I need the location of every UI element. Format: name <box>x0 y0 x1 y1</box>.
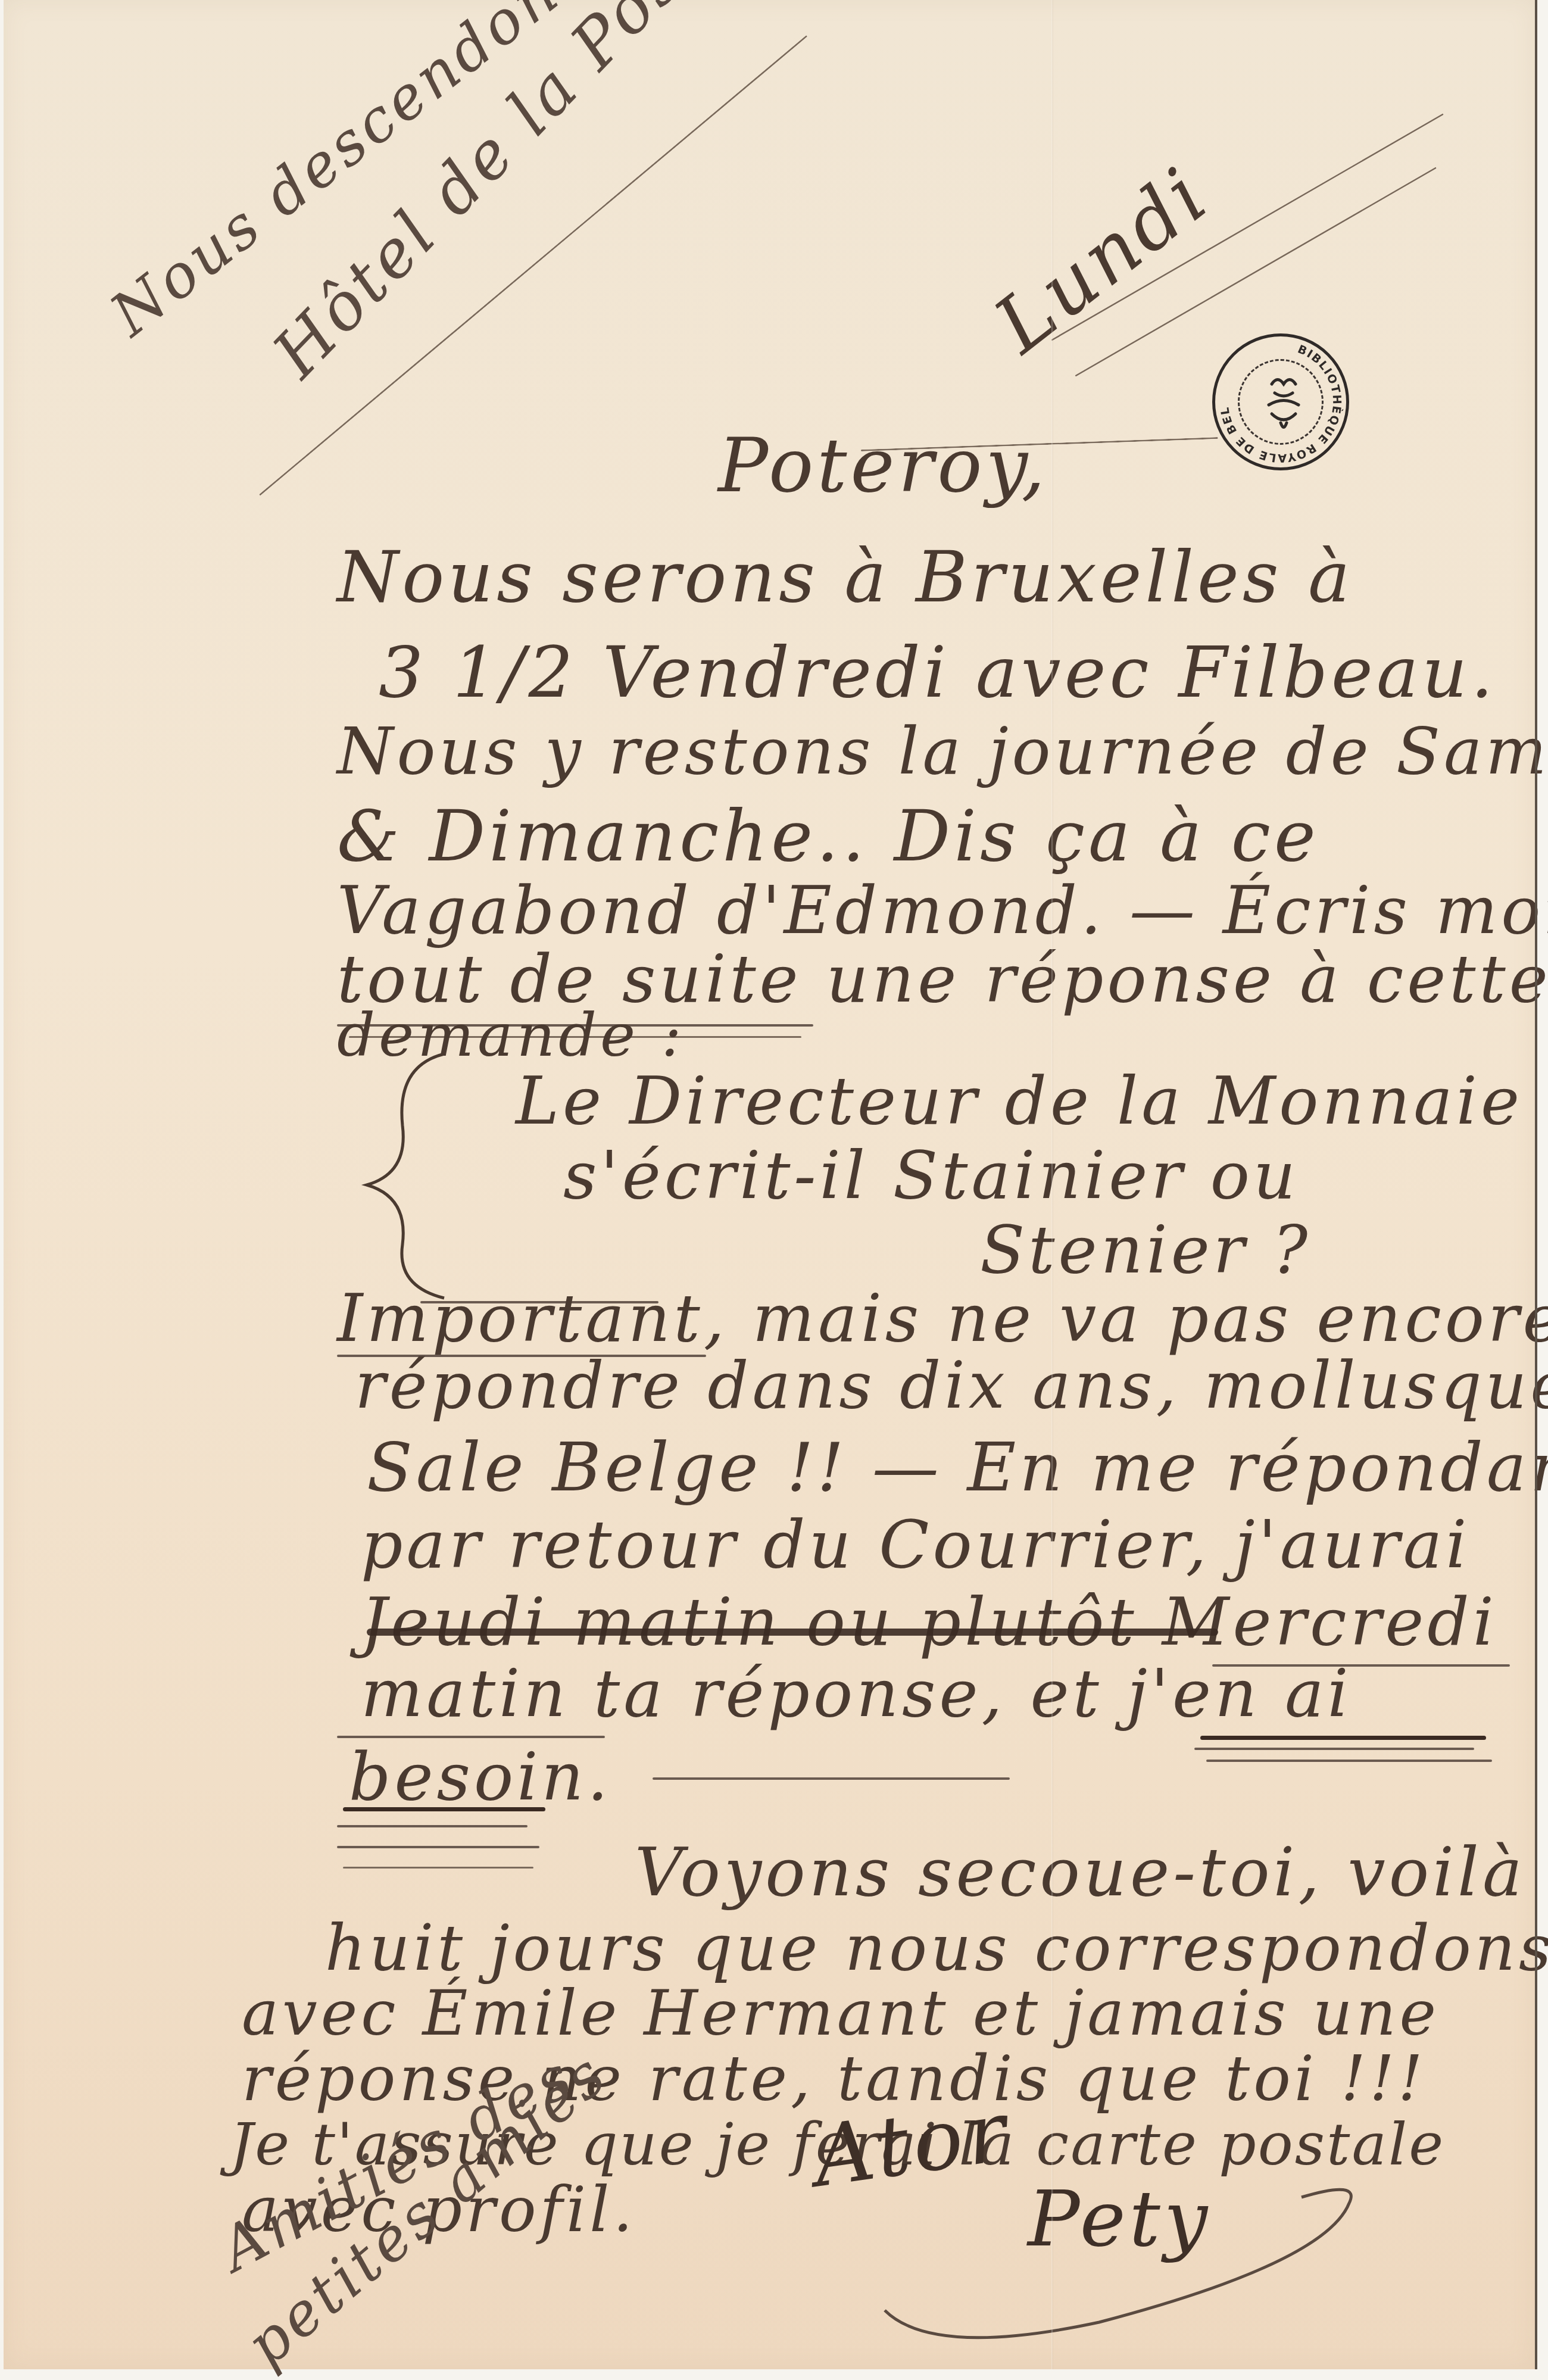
body-line-9: s'écrit-il Stainier ou <box>563 1137 1299 1214</box>
salutation: Poteroy, <box>718 423 1048 509</box>
body-line-3: Nous y restons la journée de Samedi <box>337 715 1548 789</box>
underline-jen-ai-1 <box>1200 1736 1486 1740</box>
body-line-12: répondre dans dix ans, mollusque ! <box>355 1349 1548 1423</box>
signature-flourish <box>861 2120 1456 2369</box>
body-line-18: Voyons secoue-toi, voilà <box>635 1834 1526 1911</box>
underline-besoin-3 <box>337 1846 539 1848</box>
body-line-15: Jeudi matin ou plutôt Mercredi <box>361 1584 1497 1660</box>
body-line-21: réponse ne rate, tandis que toi !!! <box>242 2042 1426 2115</box>
body-line-5: Vagabond d'Edmond. — Écris moi <box>337 872 1548 949</box>
body-line-13: Sale Belge !! — En me répondant <box>367 1429 1548 1506</box>
underline-jen-ai-3 <box>1206 1760 1492 1762</box>
lion-icon <box>1254 372 1313 438</box>
underline-besoin-4 <box>343 1867 533 1869</box>
body-line-20: avec Émile Hermant et jamais une <box>242 1977 1440 2050</box>
underline-besoin-2 <box>337 1825 528 1827</box>
body-line-11: Important, mais ne va pas encore <box>337 1280 1548 1356</box>
dash-after-besoin <box>653 1777 1010 1780</box>
scan-edge <box>1535 0 1537 2369</box>
body-line-17: besoin. <box>349 1739 611 1815</box>
curly-brace <box>337 1048 456 1304</box>
body-line-19: huit jours que nous correspondons <box>325 1911 1548 1985</box>
body-line-4: & Dimanche.. Dis ça à ce <box>337 795 1319 877</box>
body-line-2: 3 1/2 Vendredi avec Filbeau. <box>379 631 1497 713</box>
strikethrough-jeudi-matin <box>367 1629 1218 1636</box>
body-line-10: Stenier ? <box>980 1212 1311 1288</box>
underline-jen-ai-2 <box>1194 1748 1474 1750</box>
letter-sheet: Nous descendons Hôtel de la Poste Lundi … <box>4 0 1535 2369</box>
library-stamp: BIBLIOTHÈQUE ROYALE DE BELGIQUE • <box>1212 333 1349 470</box>
body-line-1: Nous serons à Bruxelles à <box>337 536 1353 618</box>
body-line-14: par retour du Courrier, j'aurai <box>361 1506 1471 1583</box>
body-line-16: matin ta réponse, et j'en ai <box>361 1655 1352 1732</box>
underline-matin <box>337 1736 605 1738</box>
body-line-8: Le Directeur de la Monnaie <box>516 1063 1523 1139</box>
underline-besoin-1 <box>343 1807 545 1811</box>
